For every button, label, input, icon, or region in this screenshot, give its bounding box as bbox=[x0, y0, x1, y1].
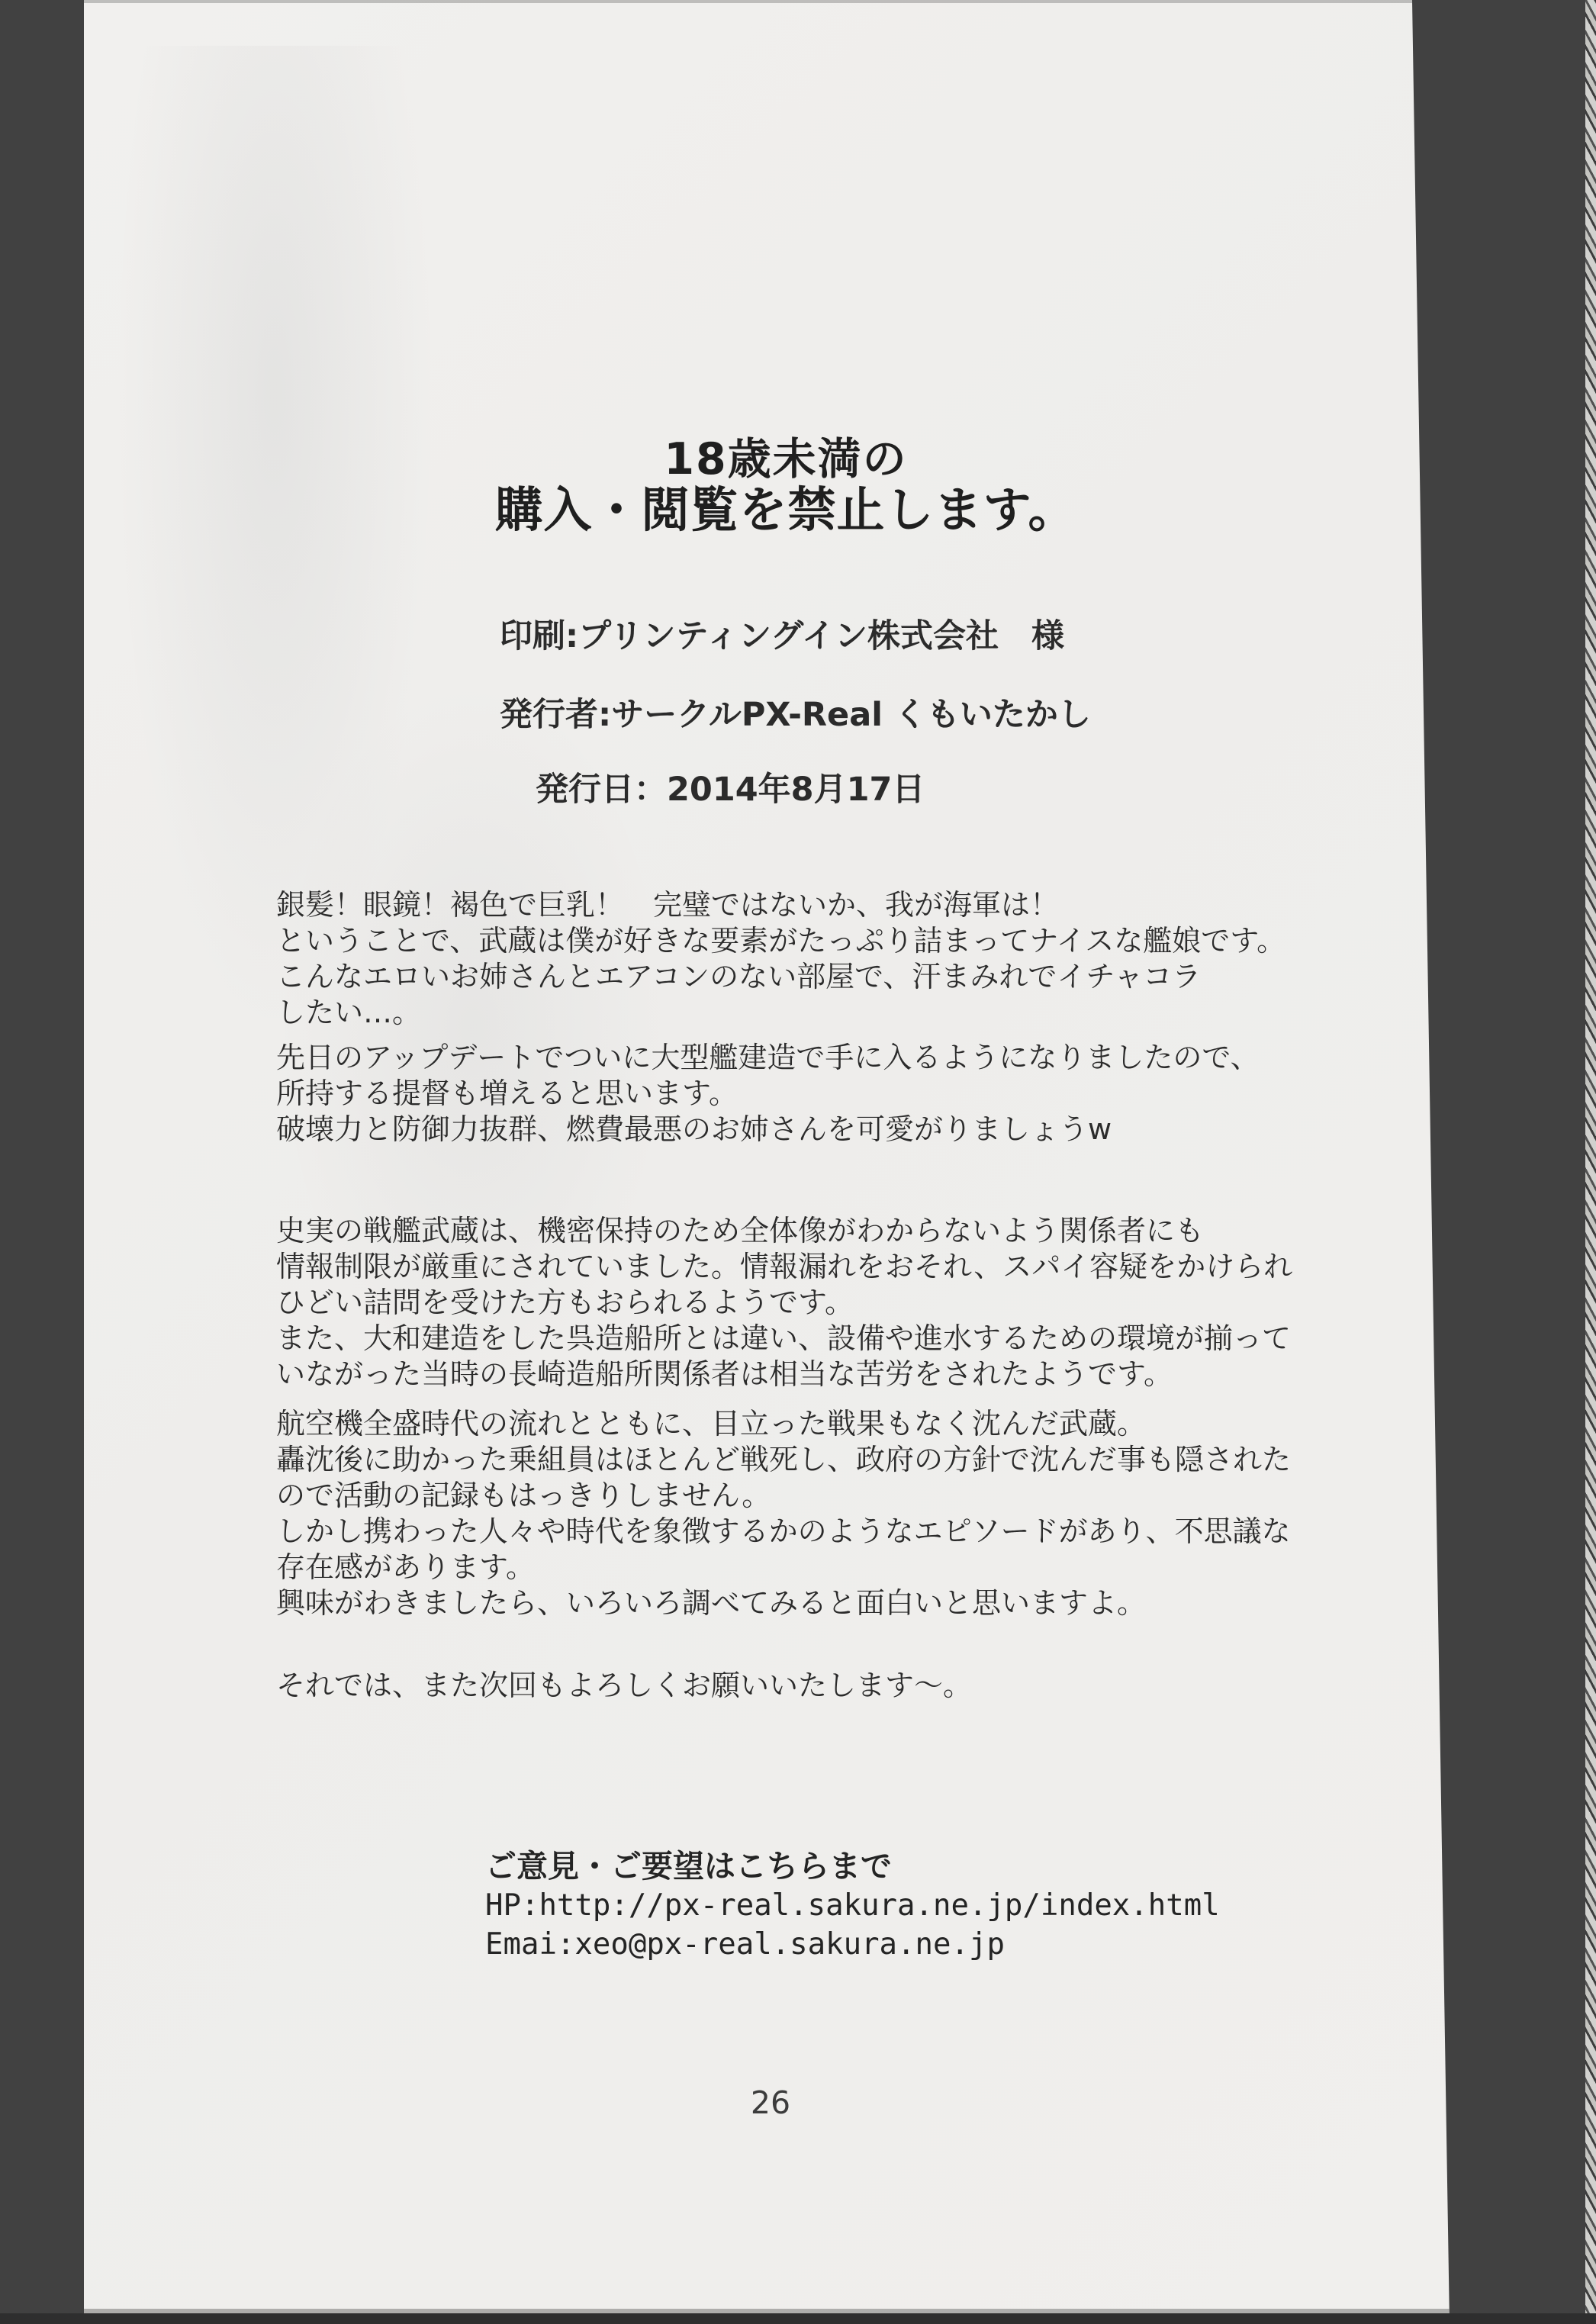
afterword-line: 轟沈後に助かった乗組員はほとんど戦死し、政府の方針で沈んだ事も隠された bbox=[276, 1442, 1291, 1478]
afterword-line: したい…。 bbox=[276, 995, 421, 1031]
afterword-line: 先日のアップデートでついに大型艦建造で手に入るようになりましたので、 bbox=[276, 1040, 1260, 1076]
afterword-line: ということで、武蔵は僕が好きな要素がたっぷり詰まってナイスな艦娘です。 bbox=[276, 923, 1285, 959]
afterword-line: いながった当時の長崎造船所関係者は相当な苦労をされたようです。 bbox=[276, 1357, 1173, 1392]
afterword-line: 興味がわきましたら、いろいろ調べてみると面白いと思いますよ。 bbox=[276, 1585, 1146, 1621]
afterword-line: 存在感があります。 bbox=[276, 1550, 535, 1585]
website-url: HP:http://px-real.sakura.ne.jp/index.htm… bbox=[485, 1886, 1220, 1925]
afterword-line: 銀髪！眼鏡！褐色で巨乳！ 完璧ではないか、我が海軍は！ bbox=[276, 887, 1059, 923]
afterword-closing: それでは、また次回もよろしくお願いいたします～。 bbox=[276, 1668, 972, 1704]
age-restriction-notice: 18歳未満の 購入・閲覧を禁止します。 bbox=[275, 435, 1297, 537]
notice-line: 18歳未満の bbox=[275, 435, 1297, 484]
afterword-line: ひどい詰問を受けた方もおられるようです。 bbox=[276, 1285, 854, 1321]
afterword-line: こんなエロいお姉さんとエアコンのない部屋で、汗まみれでイチャコラ bbox=[276, 959, 1201, 995]
afterword-line: 破壊力と防御力抜群、燃費最悪のお姉さんを可愛がりましょうw bbox=[276, 1112, 1112, 1148]
afterword-line: 情報制限が厳重にされていました。情報漏れをおそれ、スパイ容疑をかけられ bbox=[276, 1249, 1292, 1285]
afterword-line: 史実の戦艦武蔵は、機密保持のため全体像がわからないよう関係者にも bbox=[276, 1213, 1204, 1249]
notice-line: 購入・閲覧を禁止します。 bbox=[275, 484, 1297, 537]
publisher-credit: 発行者:サークルPX-Real くもいたかし bbox=[500, 689, 1091, 736]
adjacent-page-sliver bbox=[1585, 0, 1596, 2324]
afterword-line: 航空機全盛時代の流れとともに、目立った戦果もなく沈んだ武蔵。 bbox=[276, 1406, 1146, 1442]
scan-background: { "notice": { "line1": "18歳未満の", "line2"… bbox=[0, 0, 1596, 2324]
page-number: 26 bbox=[725, 2084, 816, 2121]
email-address: Emai:xeo@px-real.sakura.ne.jp bbox=[485, 1925, 1220, 1964]
afterword-line: ので活動の記録もはっきりしません。 bbox=[276, 1478, 771, 1514]
publication-date: 発行日：2014年8月17日 bbox=[536, 764, 925, 810]
scan-bottom-edge bbox=[0, 2313, 1596, 2324]
afterword-line: 所持する提督も増えると思います。 bbox=[276, 1076, 738, 1112]
scanned-page: 18歳未満の 購入・閲覧を禁止します。 印刷:プリンティングイン株式会社 様 発… bbox=[84, 0, 1450, 2324]
afterword-line: しかし携わった人々や時代を象徴するかのようなエピソードがあり、不思議な bbox=[276, 1514, 1291, 1550]
afterword-line: また、大和建造をした呉造船所とは違い、設備や進水するための環境が揃って bbox=[276, 1321, 1291, 1357]
printer-credit: 印刷:プリンティングイン株式会社 様 bbox=[500, 610, 1064, 657]
contact-heading: ご意見・ご要望はこちらまで bbox=[485, 1846, 1220, 1886]
scan-top-edge bbox=[84, 0, 1450, 3]
contact-block: ご意見・ご要望はこちらまで HP:http://px-real.sakura.n… bbox=[485, 1846, 1220, 1964]
